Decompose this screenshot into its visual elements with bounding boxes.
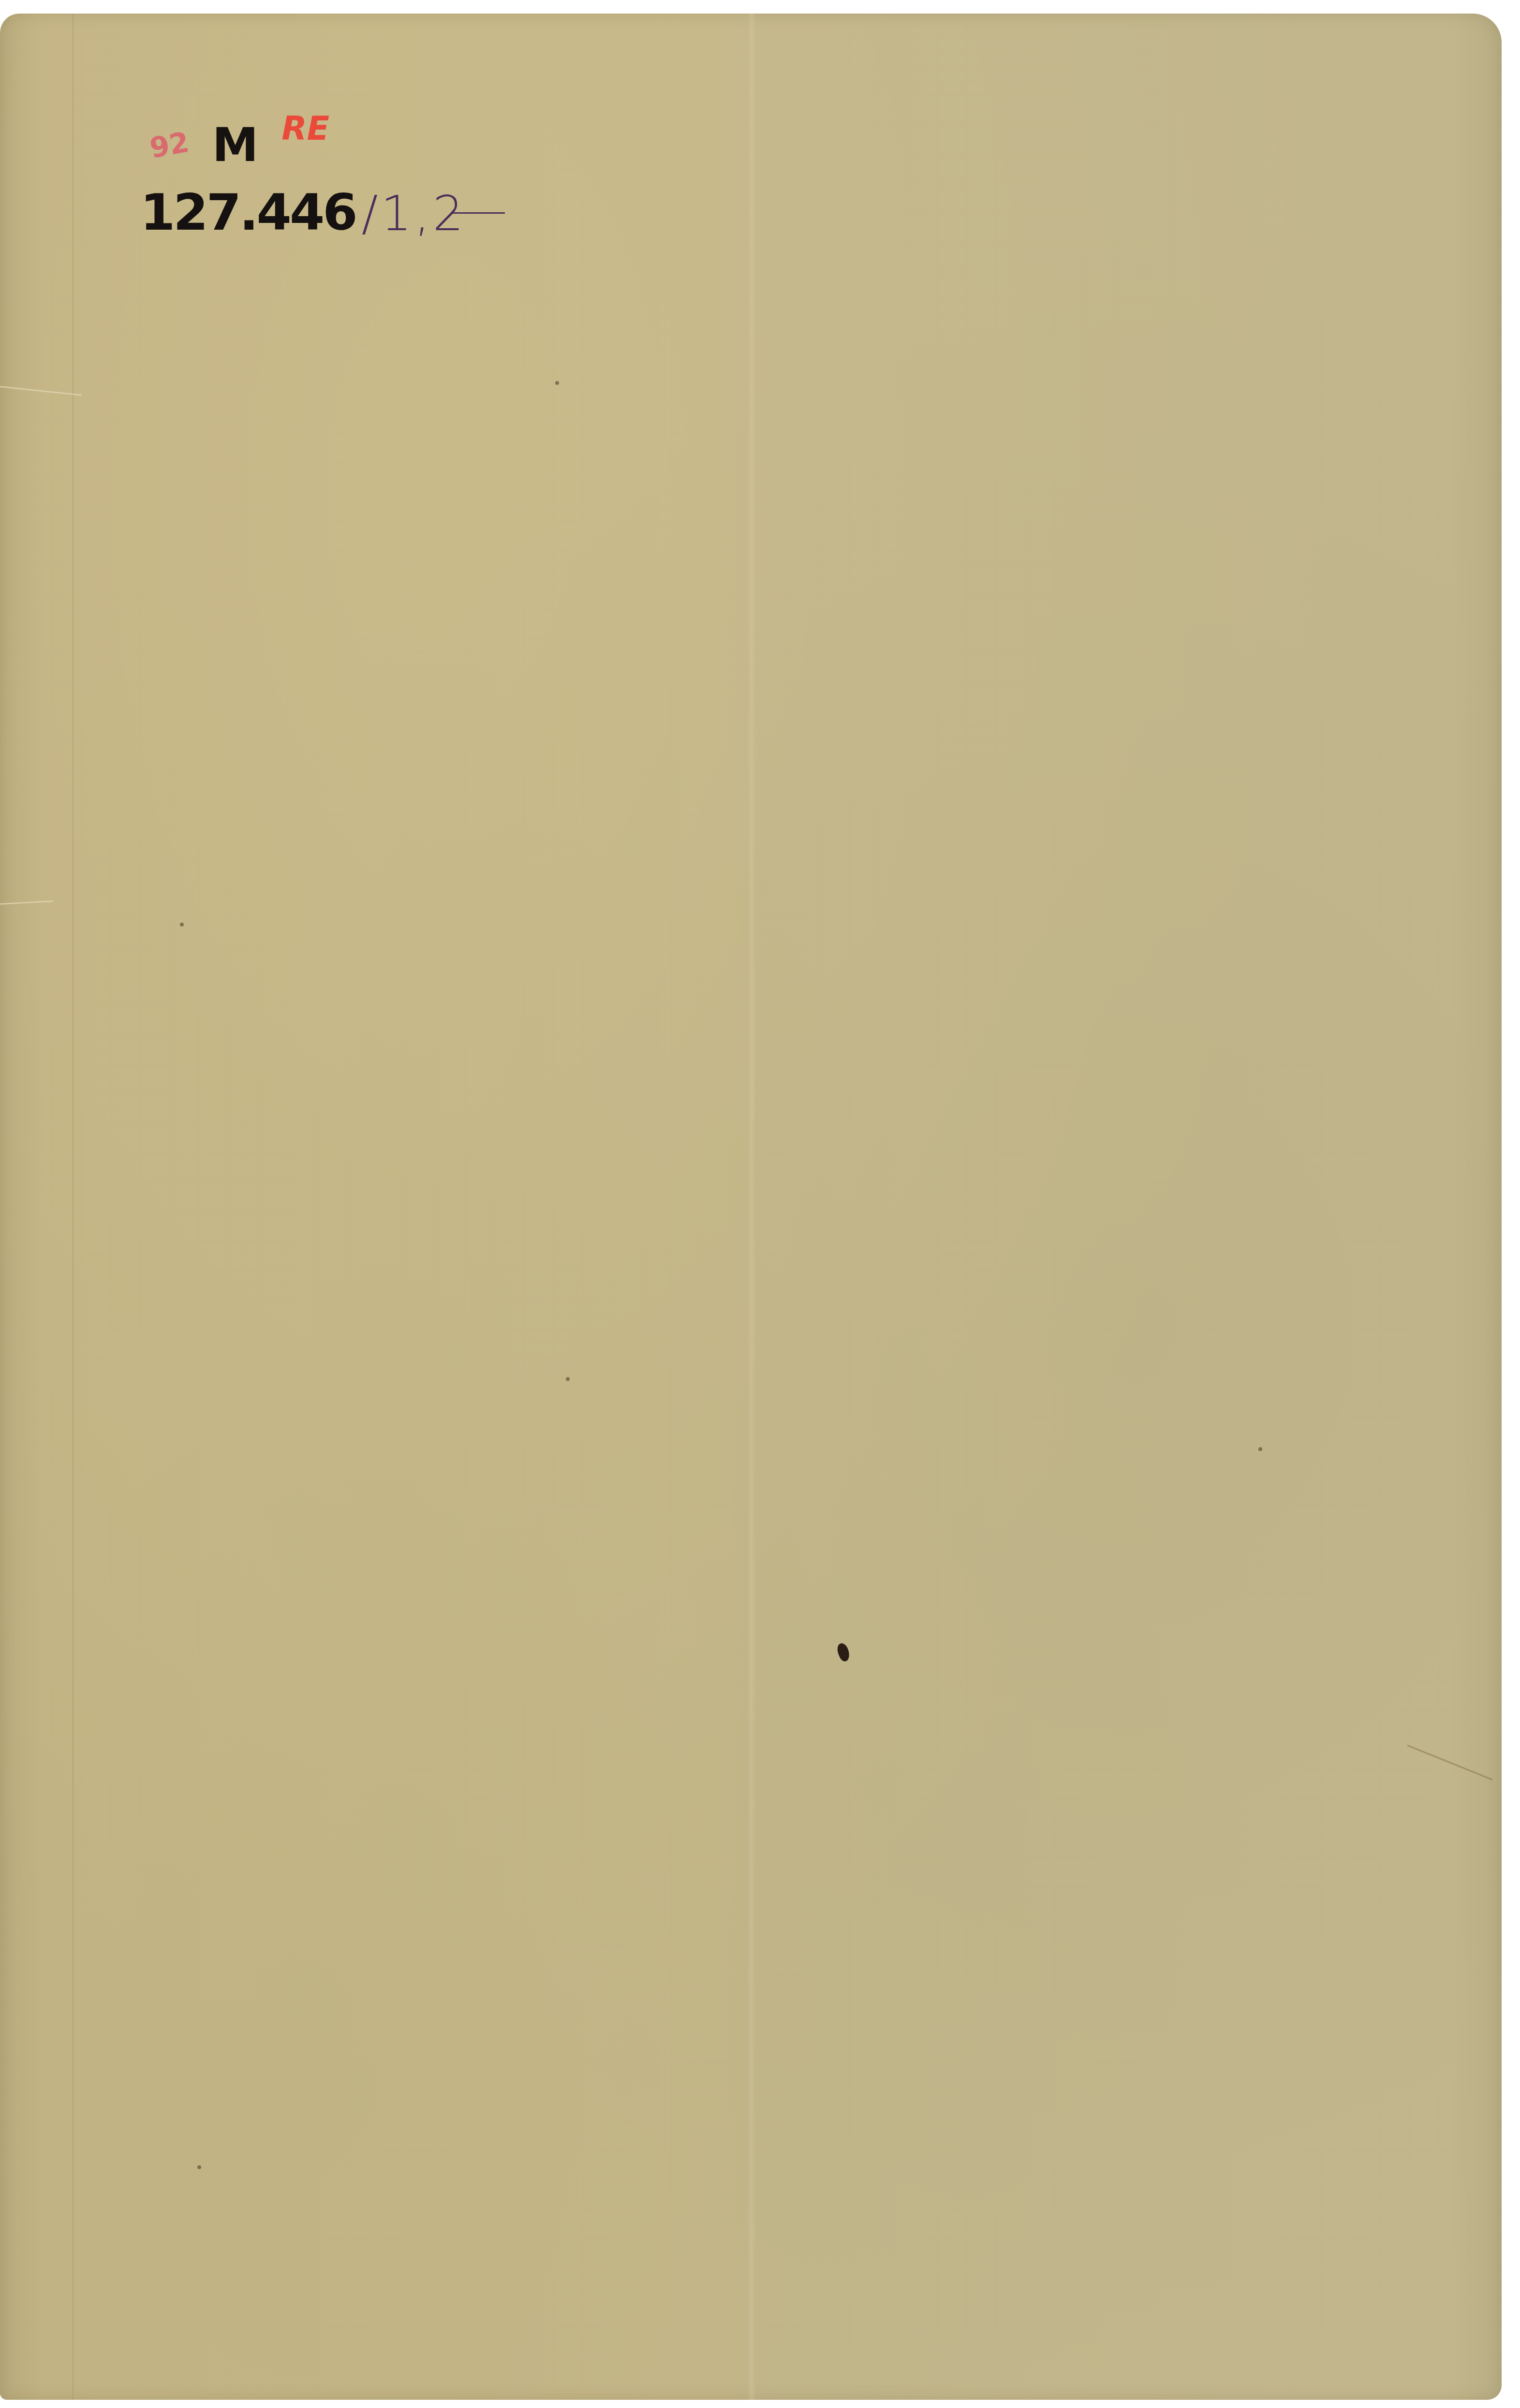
- paper-speck: [1258, 1447, 1262, 1451]
- edge-crease: [0, 386, 82, 396]
- annotation-line-1: 92 M RE: [150, 110, 505, 168]
- call-number-annotations: 92 M RE 127.446 /1,2: [150, 110, 505, 242]
- paper-speck: [197, 2165, 201, 2169]
- collection-letter: M: [212, 122, 259, 168]
- volume-numbers: /1,2: [362, 185, 467, 242]
- volume-underline: [452, 212, 505, 214]
- paper-speck: [180, 923, 184, 926]
- paper-speck: [555, 381, 559, 385]
- call-number: 127.446: [140, 183, 356, 242]
- marker-code: RE: [281, 110, 329, 148]
- corner-crease: [1407, 1745, 1492, 1780]
- ink-spot: [835, 1642, 852, 1662]
- edge-crease: [0, 900, 53, 905]
- spine-fold: [73, 14, 74, 2400]
- document-cover: 92 M RE 127.446 /1,2: [0, 14, 1502, 2400]
- paper-speck: [566, 1377, 570, 1381]
- annotation-line-2: 127.446 /1,2: [140, 183, 505, 242]
- center-fold: [747, 14, 756, 2400]
- shelf-prefix: 92: [148, 126, 192, 165]
